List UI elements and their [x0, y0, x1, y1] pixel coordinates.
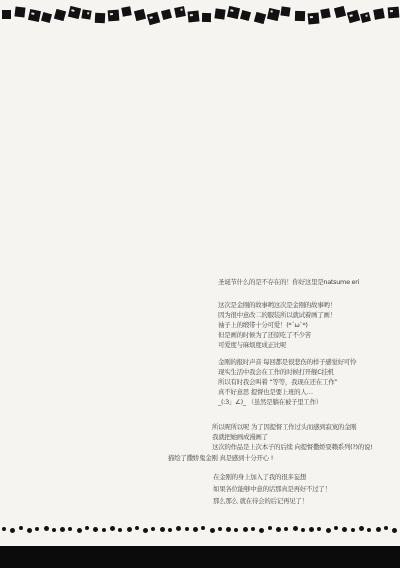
divider-dot — [2, 527, 6, 531]
text-line: 金刚的报时声音 每回都是很悲伤的样子感觉好可怜 — [218, 359, 356, 366]
filmstrip-top-border — [0, 0, 400, 34]
divider-dot — [143, 528, 148, 533]
film-square — [161, 9, 172, 20]
divider-dot — [367, 528, 371, 532]
film-square — [214, 9, 225, 20]
divider-dot — [60, 527, 65, 532]
divider-dot — [317, 527, 321, 531]
divider-dot — [284, 527, 288, 531]
divider-dot — [293, 526, 298, 531]
film-square — [121, 6, 131, 16]
film-square — [147, 12, 161, 26]
divider-dot — [52, 528, 56, 532]
film-square — [188, 10, 200, 22]
text-line: 我就把她画成漫画了 — [212, 434, 268, 441]
film-square — [307, 12, 319, 24]
divider-dot — [351, 528, 355, 532]
divider-dot — [326, 528, 331, 533]
divider-dot — [176, 526, 181, 531]
divider-dot — [19, 526, 23, 530]
film-square — [108, 9, 120, 21]
film-square — [2, 10, 11, 19]
divider-dot — [334, 526, 338, 530]
text-line: 如果各位能够中意的话那真是再好不过了！ — [213, 486, 331, 493]
divider-dot — [135, 526, 139, 530]
divider-dot — [127, 527, 132, 532]
divider-dot — [168, 528, 172, 532]
text-line: 因为很中意改二的服装所以就试着画了画！ — [218, 312, 336, 319]
greeting-line: 圣诞节什么的是不存在的！你好这里是natsume eri — [218, 279, 359, 286]
divider-dot — [151, 527, 155, 531]
divider-dot — [376, 527, 381, 532]
film-square — [201, 13, 210, 22]
divider-dot — [301, 528, 305, 532]
text-line: 所以有时我会叫着 “等等，我现在还在工作” — [218, 379, 338, 386]
divider-dot — [210, 528, 215, 533]
divider-dot — [359, 526, 364, 531]
text-line: 所以呢所以呢 为了因提督工作过头而感到寂寞的金刚 — [212, 424, 356, 431]
film-square — [67, 6, 80, 19]
divider-dot — [35, 527, 39, 531]
divider-dot — [243, 527, 248, 532]
divider-dot — [268, 526, 272, 530]
divider-dot — [276, 527, 281, 532]
dotted-divider — [0, 524, 400, 534]
text-line: 在金刚的身上加入了我的很多妄想 — [213, 474, 306, 481]
divider-dot — [384, 526, 388, 530]
divider-dot — [68, 527, 72, 531]
film-square — [320, 8, 331, 19]
film-square — [281, 7, 291, 17]
film-square — [174, 6, 186, 18]
divider-dot — [259, 528, 264, 533]
divider-dot — [226, 527, 231, 532]
film-square — [240, 10, 251, 21]
film-square — [254, 12, 266, 24]
film-square — [15, 6, 26, 17]
text-line: 可爱度与麻烦度成正比呢 — [218, 342, 286, 349]
text-line: 现实生活中我会在工作的时候打开舰C挂机 — [218, 369, 334, 376]
text-line: 那么那么 就在待会的后记再见了！ — [213, 498, 308, 505]
divider-dot — [77, 528, 82, 533]
divider-dot — [185, 527, 189, 531]
film-square — [81, 10, 91, 20]
divider-dot — [27, 528, 32, 533]
text-line: 但是画的时候为了还原吃了不少苦 — [218, 332, 311, 339]
text-line: 真不好意思 提督也是要上班的人… — [218, 389, 313, 396]
film-square — [267, 8, 280, 21]
divider-dot — [251, 527, 255, 531]
text-line: _(:3」∠)_ （虽然是躺在被子里工作） — [218, 399, 322, 406]
film-square — [227, 6, 240, 19]
film-square — [374, 8, 386, 20]
divider-dot — [392, 528, 397, 533]
divider-dot — [93, 527, 98, 532]
text-line: 这次是金刚的故事哟这次是金刚的故事哟！ — [218, 302, 336, 309]
divider-dot — [44, 526, 49, 531]
divider-dot — [110, 526, 115, 531]
divider-dot — [342, 527, 347, 532]
film-square — [346, 10, 360, 24]
divider-dot — [118, 528, 122, 532]
divider-dot — [309, 527, 314, 532]
film-square — [387, 7, 399, 19]
film-square — [28, 9, 41, 22]
film-square — [294, 11, 304, 21]
divider-dot — [10, 528, 15, 533]
text-line: 袖子上的缎带十分可爱！(*´ω`*) — [218, 322, 308, 329]
film-square — [333, 6, 345, 18]
divider-dot — [201, 526, 205, 530]
film-square — [134, 9, 146, 21]
divider-dot — [102, 528, 106, 532]
film-square — [95, 13, 105, 23]
divider-dot — [234, 528, 238, 532]
afterword-page: 圣诞节什么的是不存在的！你好这里是natsume eri 这次是金刚的故事哟这次… — [0, 0, 400, 568]
divider-dot — [218, 527, 222, 531]
text-line: 这次的作品是上次本子的后续 向提督撒娇耍赖系列(?)的说! — [212, 444, 373, 451]
divider-dot — [193, 527, 198, 532]
film-square — [41, 12, 52, 23]
text-line: 描绘了撒娇鬼金刚 真是感到十分开心 ! — [168, 455, 273, 462]
film-square — [54, 9, 66, 21]
divider-dot — [85, 526, 89, 530]
divider-dot — [160, 527, 165, 532]
film-square — [360, 12, 371, 23]
bottom-black-bar — [0, 546, 400, 568]
